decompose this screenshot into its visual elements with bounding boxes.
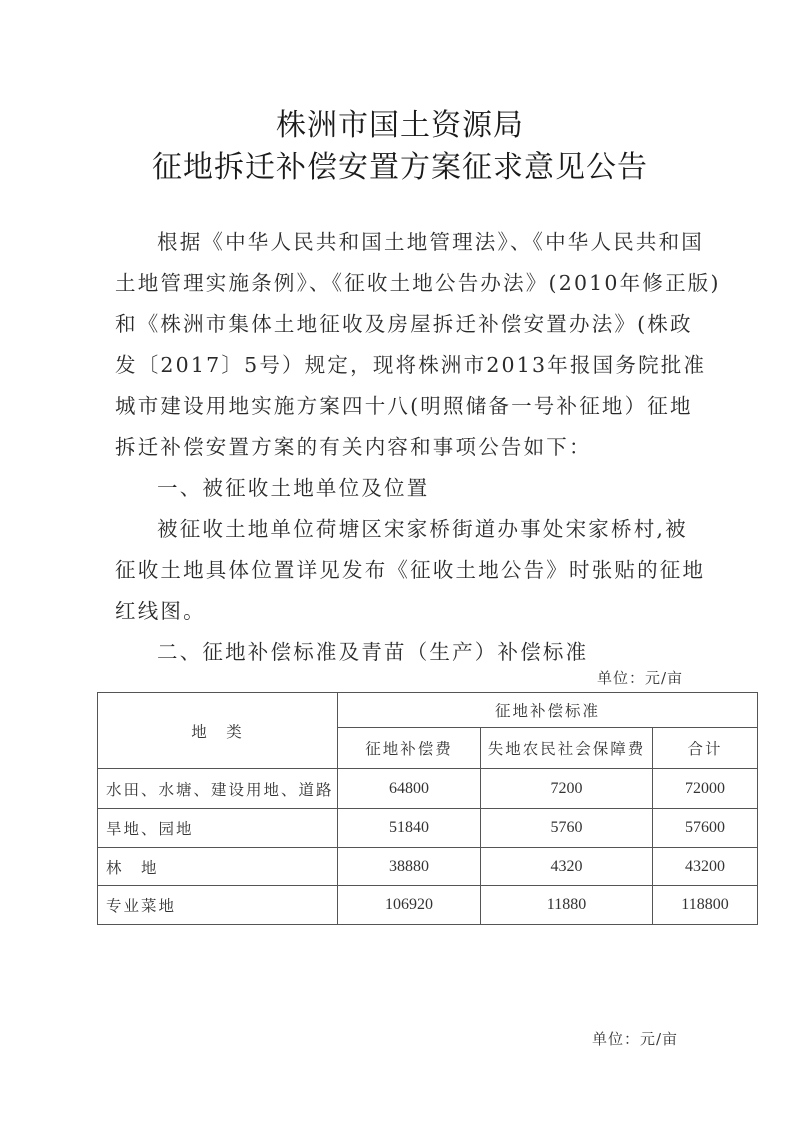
section1-line: 红线图。	[115, 591, 685, 632]
section1-line: 征收土地具体位置详见发布《征收土地公告》时张贴的征地	[115, 550, 685, 591]
cell-social-security: 7200	[481, 769, 653, 809]
unit-label-top: 单位：元/亩	[597, 667, 683, 688]
table-row: 专业菜地 106920 11880 118800	[98, 886, 758, 925]
cell-compensation: 38880	[338, 848, 481, 886]
unit-label-bottom: 单位：元/亩	[592, 1028, 678, 1049]
cell-total: 118800	[653, 886, 758, 925]
intro-line: 根据《中华人民共和国土地管理法》、《中华人民共和国	[115, 222, 685, 263]
cell-compensation: 51840	[338, 809, 481, 848]
title-line-2: 征地拆迁补偿安置方案征求意见公告	[0, 142, 800, 186]
cell-total: 57600	[653, 809, 758, 848]
cell-total: 72000	[653, 769, 758, 809]
cell-total: 43200	[653, 848, 758, 886]
intro-line: 城市建设用地实施方案四十八(明照储备一号补征地）征地	[115, 386, 685, 427]
cell-compensation: 106920	[338, 886, 481, 925]
intro-line: 拆迁补偿安置方案的有关内容和事项公告如下：	[115, 427, 685, 468]
intro-paragraph: 根据《中华人民共和国土地管理法》、《中华人民共和国 土地管理实施条例》、《征收土…	[115, 222, 685, 673]
intro-line: 和《株洲市集体土地征收及房屋拆迁补偿安置办法》(株政	[115, 304, 685, 345]
cell-land-type: 旱地、园地	[98, 809, 338, 848]
table-row: 水田、水塘、建设用地、道路 64800 7200 72000	[98, 769, 758, 809]
cell-social-security: 11880	[481, 886, 653, 925]
cell-compensation: 64800	[338, 769, 481, 809]
compensation-table: 地 类 征地补偿标准 征地补偿费 失地农民社会保障费 合计 水田、水塘、建设用地…	[97, 692, 758, 925]
intro-line: 土地管理实施条例》、《征收土地公告办法》(2010年修正版)	[115, 263, 685, 304]
table-row: 林 地 38880 4320 43200	[98, 848, 758, 886]
title-line-1: 株洲市国土资源局	[0, 100, 800, 144]
header-compensation-standard: 征地补偿标准	[338, 693, 758, 728]
header-land-type: 地 类	[98, 693, 338, 769]
cell-land-type: 专业菜地	[98, 886, 338, 925]
header-social-security-fee: 失地农民社会保障费	[481, 728, 653, 769]
section1-line: 被征收土地单位荷塘区宋家桥街道办事处宋家桥村,被	[115, 509, 685, 550]
header-total: 合计	[653, 728, 758, 769]
cell-land-type: 水田、水塘、建设用地、道路	[98, 769, 338, 809]
intro-line: 发〔2017〕5号）规定，现将株洲市2013年报国务院批准	[115, 345, 685, 386]
table-row: 旱地、园地 51840 5760 57600	[98, 809, 758, 848]
cell-land-type: 林 地	[98, 848, 338, 886]
header-compensation-fee: 征地补偿费	[338, 728, 481, 769]
cell-social-security: 4320	[481, 848, 653, 886]
cell-social-security: 5760	[481, 809, 653, 848]
section1-heading: 一、被征收土地单位及位置	[115, 468, 685, 509]
